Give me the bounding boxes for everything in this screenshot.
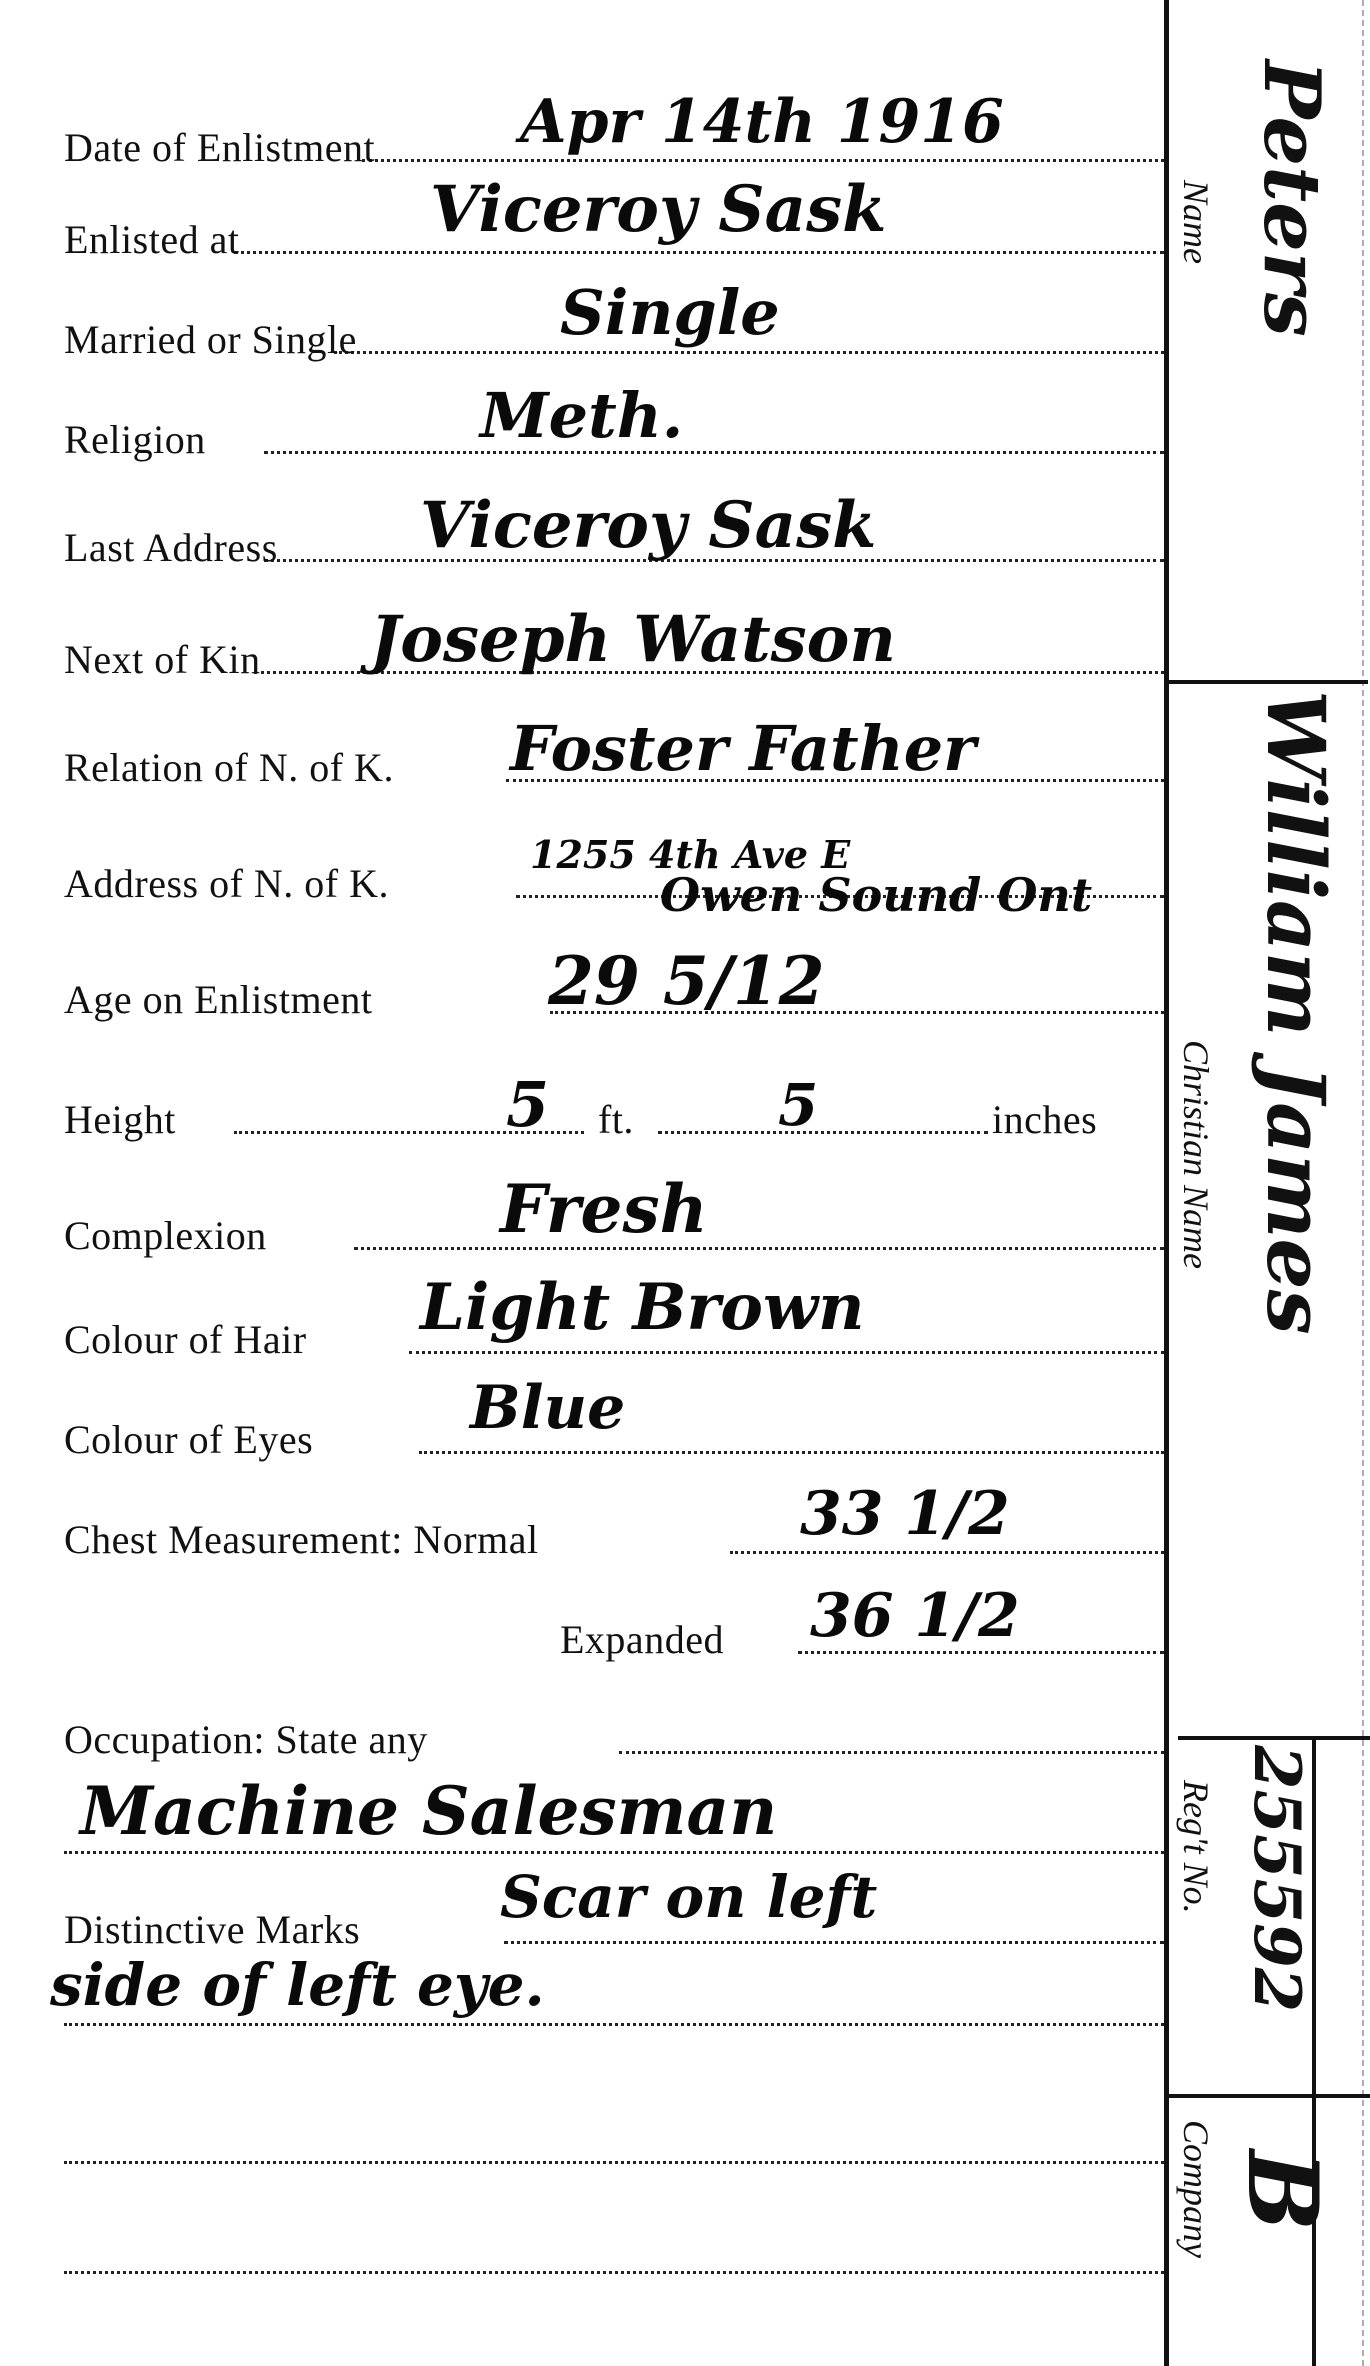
field-label: Enlisted at [64, 217, 239, 262]
side-value-regt-no: 255592 [1244, 1745, 1308, 2012]
dotted-line [504, 1941, 1164, 1944]
inches-unit-label: inches [992, 1097, 1097, 1142]
dotted-line [234, 251, 1164, 254]
card-edge [1362, 0, 1366, 2366]
field-value-height-inches: 5 [778, 1076, 818, 1134]
dotted-line [64, 2271, 1164, 2274]
section-divider [1168, 680, 1368, 684]
side-label-company: Company [1178, 2120, 1214, 2258]
field-value-enlisted-at: Viceroy Sask [430, 178, 886, 242]
field-label: Address of N. of K. [64, 861, 389, 906]
section-divider [1178, 1736, 1370, 1740]
dotted-line [334, 351, 1164, 354]
field-value-height-feet: 5 [506, 1074, 549, 1136]
dotted-line [354, 1247, 1164, 1250]
feet-unit-label: ft. [598, 1097, 634, 1142]
field-label: Colour of Eyes [64, 1417, 313, 1462]
field-value-chest-normal: 33 1/2 [800, 1484, 1010, 1544]
field-value-last-address: Viceroy Sask [420, 494, 876, 558]
dotted-line [64, 1851, 1164, 1854]
dotted-line [619, 1751, 1164, 1754]
field-label: Expanded [560, 1617, 724, 1662]
field-label: Date of Enlistment [64, 125, 375, 170]
section-divider [1168, 2094, 1370, 2098]
field-value-married-or-single: Single [560, 282, 780, 344]
field-label: Religion [64, 417, 206, 462]
side-label-christian-name: Christian Name [1178, 1040, 1214, 1269]
field-value-occupation: Machine Salesman [80, 1778, 777, 1844]
dotted-line [64, 2161, 1164, 2164]
dotted-line [658, 1131, 988, 1134]
dotted-line [362, 159, 1164, 162]
field-value-complexion: Fresh [500, 1176, 708, 1242]
dotted-line [264, 451, 1164, 454]
side-label-regt-no: Reg't No. [1178, 1780, 1214, 1914]
field-label: Colour of Hair [64, 1317, 307, 1362]
dotted-line [409, 1351, 1164, 1354]
field-label: Height [64, 1097, 176, 1142]
field-value-chest-expanded: 36 1/2 [810, 1586, 1020, 1646]
field-value-address-line-2: Owen Sound Ont [660, 872, 1092, 918]
field-value-age-on-enlistment: 29 5/12 [548, 948, 825, 1014]
field-value-next-of-kin: Joseph Watson [370, 608, 896, 672]
attestation-card: Date of Enlistment Apr 14th 1916 Enliste… [0, 0, 1370, 2366]
field-value-colour-of-eyes: Blue [470, 1378, 625, 1438]
dotted-line [64, 2023, 1164, 2026]
field-height: Height ft. inches [64, 1080, 1164, 1140]
side-value-surname: Peters [1252, 60, 1330, 337]
field-label: Age on Enlistment [64, 977, 372, 1022]
field-label: Occupation: State any [64, 1717, 428, 1762]
blank-line [64, 2220, 1164, 2280]
field-value-relation-of-next-of-kin: Foster Father [510, 718, 976, 780]
vertical-divider [1164, 0, 1169, 2366]
dotted-line [730, 1551, 1164, 1554]
field-value-date-of-enlistment: Apr 14th 1916 [520, 92, 1004, 152]
field-value-distinctive-marks: Scar on left [500, 1868, 877, 1926]
field-value-colour-of-hair: Light Brown [420, 1276, 865, 1340]
field-label: Chest Measurement: Normal [64, 1517, 539, 1562]
dotted-line [798, 1651, 1164, 1654]
side-value-company: B [1234, 2150, 1330, 2231]
field-value-religion: Meth. [480, 385, 683, 447]
field-value-distinctive-marks-line-2: side of left eye. [50, 1956, 545, 2014]
field-label: Complexion [64, 1213, 267, 1258]
side-value-christian-name: William James [1256, 690, 1336, 1335]
field-label: Last Address [64, 525, 278, 570]
field-label: Relation of N. of K. [64, 745, 394, 790]
field-label: Distinctive Marks [64, 1907, 360, 1952]
field-label: Married or Single [64, 317, 357, 362]
field-occupation: Occupation: State any [64, 1700, 1164, 1760]
dotted-line [419, 1451, 1164, 1454]
field-label: Next of Kin [64, 637, 261, 682]
blank-line [64, 2110, 1164, 2170]
side-label-name: Name [1178, 180, 1214, 264]
